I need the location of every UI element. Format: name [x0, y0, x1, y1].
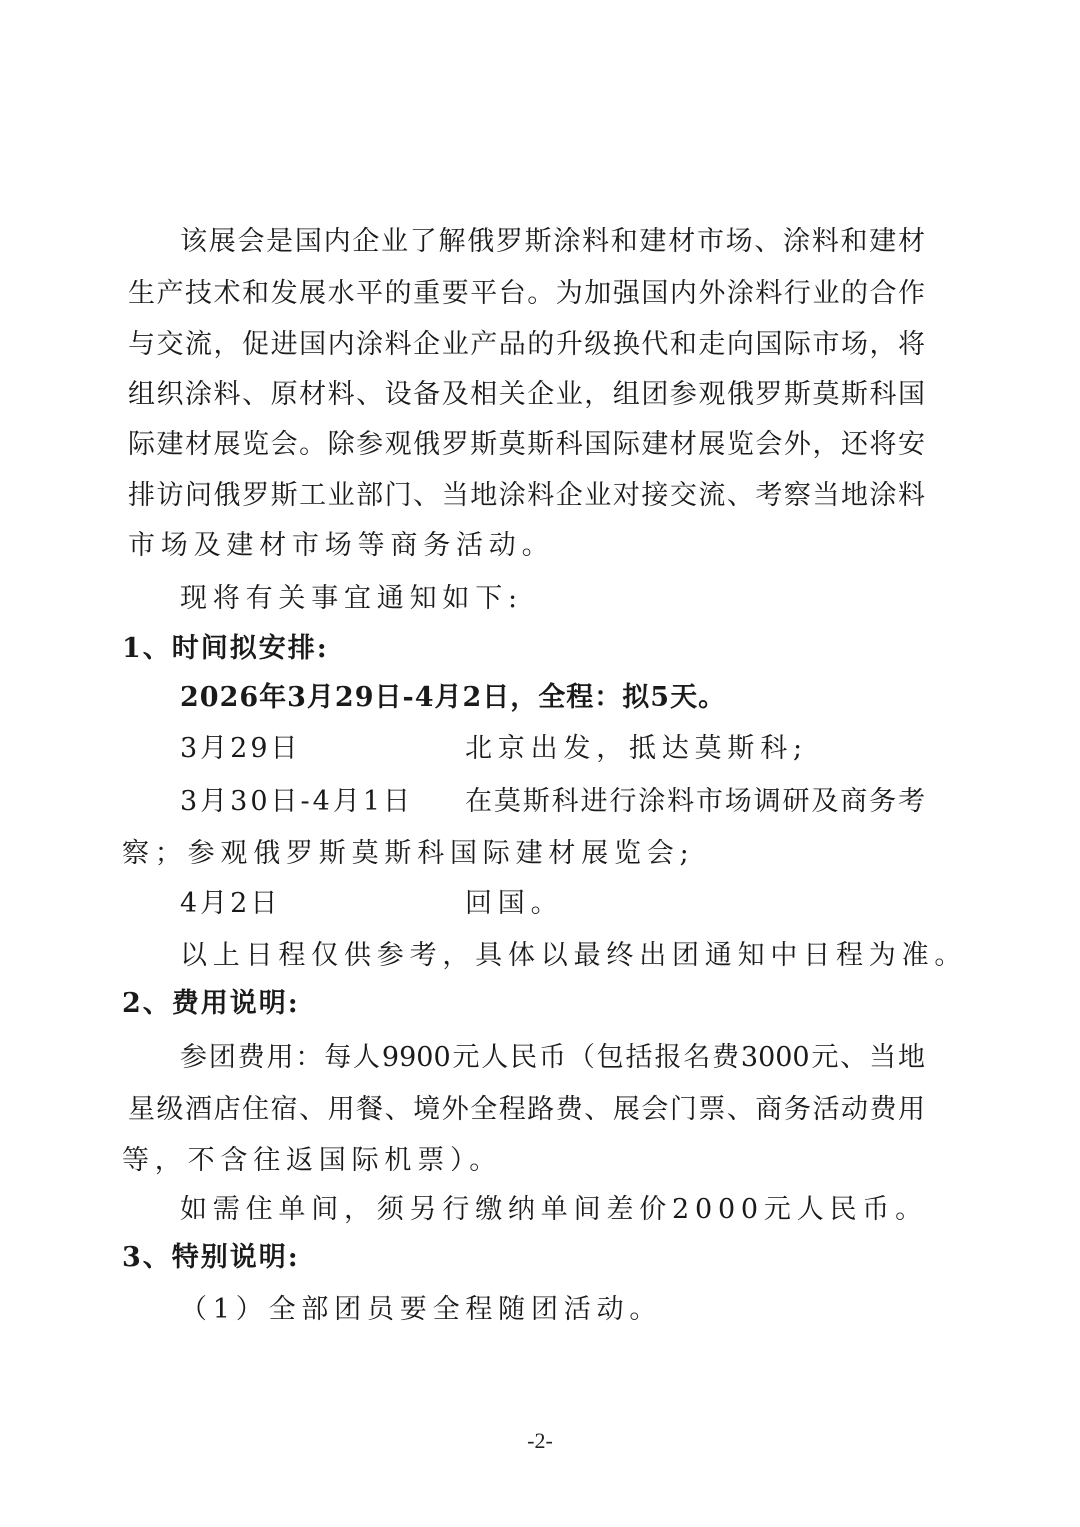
document-page: 该展会是国内企业了解俄罗斯涂料和建材市场、涂料和建材 生产技术和发展水平的重要平…: [0, 0, 1080, 1527]
fee-line-3: 等，不含往返国际机票）。: [122, 1136, 922, 1186]
special-note-item-1: （1）全部团员要全程随团活动。: [180, 1285, 980, 1335]
schedule-date-1: 3月29日: [180, 724, 301, 774]
single-room-note: 如需住单间，须另行缴纳单间差价2000元人民币。: [180, 1185, 980, 1235]
section-2-heading: 2、费用说明:: [122, 979, 922, 1029]
intro-line-4: 组织涂料、原材料、设备及相关企业，组团参观俄罗斯莫斯科国: [128, 370, 925, 420]
intro-line-5: 际建材展览会。除参观俄罗斯莫斯科国际建材展览会外，还将安: [128, 420, 925, 470]
schedule-summary: 2026年3月29日-4月2日，全程：拟5天。: [180, 673, 980, 723]
schedule-activity-3: 回国。: [465, 879, 563, 929]
page-number: -2-: [0, 1428, 1080, 1454]
fee-line-1: 参团费用：每人9900元人民币（包括报名费3000元、当地: [180, 1033, 925, 1083]
notice-intro: 现将有关事宜通知如下:: [180, 574, 980, 624]
intro-line-7: 市场及建材市场等商务活动。: [128, 521, 928, 571]
intro-line-3: 与交流，促进国内涂料企业产品的升级换代和走向国际市场，将: [128, 320, 925, 370]
fee-line-2: 星级酒店住宿、用餐、境外全程路费、展会门票、商务活动费用: [128, 1085, 925, 1135]
schedule-date-2: 3月30日-4月1日: [180, 777, 413, 827]
section-3-heading: 3、特别说明:: [122, 1233, 922, 1283]
section-1-heading: 1、时间拟安排:: [122, 624, 922, 674]
intro-line-2: 生产技术和发展水平的重要平台。为加强国内外涂料行业的合作: [128, 269, 925, 319]
intro-line-1: 该展会是国内企业了解俄罗斯涂料和建材市场、涂料和建材: [180, 217, 925, 267]
schedule-date-3: 4月2日: [180, 879, 280, 929]
schedule-activity-1: 北京出发，抵达莫斯科;: [465, 724, 808, 774]
schedule-activity-2: 在莫斯科进行涂料市场调研及商务考: [465, 777, 925, 827]
schedule-note: 以上日程仅供参考，具体以最终出团通知中日程为准。: [180, 931, 980, 981]
intro-line-6: 排访问俄罗斯工业部门、当地涂料企业对接交流、考察当地涂料: [128, 471, 925, 521]
schedule-activity-2-cont: 察；参观俄罗斯莫斯科国际建材展览会;: [122, 829, 922, 879]
